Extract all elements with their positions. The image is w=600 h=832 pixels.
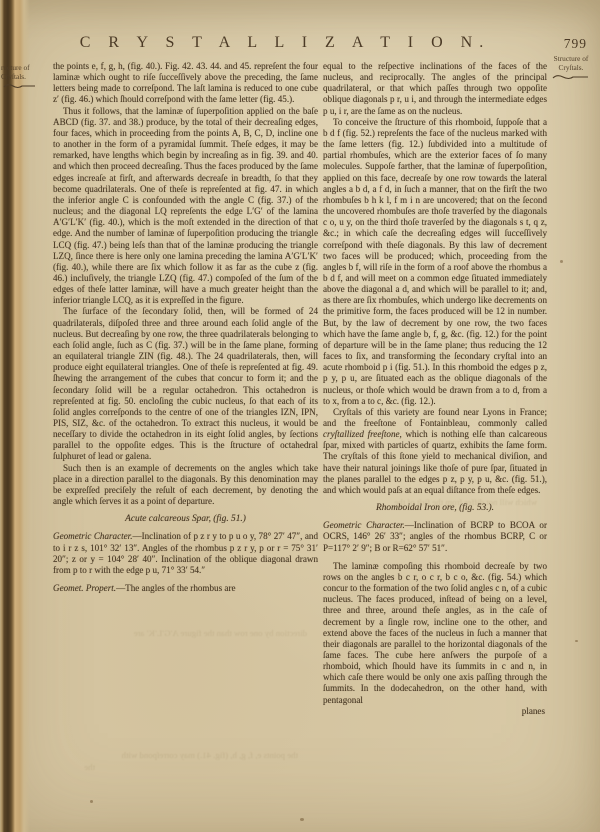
paragraph: Geometric Character.—Inclination of BCRP… <box>323 520 547 553</box>
paragraph-italic-phrase: cryſtallized freeſtone, <box>323 429 402 439</box>
right-column: equal to the reſpective inclinations of … <box>323 61 547 717</box>
paragraph: Such then is an example of decrements on… <box>53 463 318 508</box>
bleed-through-text: direction by one row than the figure A′G… <box>57 628 307 638</box>
paper-speck <box>540 470 544 472</box>
flourish-icon <box>3 82 37 90</box>
paragraph-text: —The angles of the rhombus are <box>116 583 235 593</box>
left-column: the points e, f, g, h, (fig. 40.). Fig. … <box>53 61 318 594</box>
bleed-through-text: the points e, f, g, h, (fig. 41.) may co… <box>58 750 298 760</box>
section-heading-acute-calcareous-spar: Acute calcareous Spar, (fig. 51.) <box>53 514 318 525</box>
paper-speck <box>300 818 304 821</box>
paper-speck <box>560 260 563 263</box>
paragraph-text: Cryſtals of this variety are found near … <box>323 407 547 428</box>
margin-note-right: Structure of Cryſtals. <box>544 55 598 81</box>
bleed-through-text: the <box>55 762 95 772</box>
margin-note-left-line2: Cryſtals. <box>1 72 26 81</box>
paragraph: Geometric Character.—Inclination of p z … <box>53 531 318 576</box>
flourish-icon <box>552 73 590 81</box>
running-title: C R Y S T A L L I Z A T I O N. <box>0 34 570 52</box>
book-gutter-edge <box>0 0 30 832</box>
paragraph: the points e, f, g, h, (fig. 40.). Fig. … <box>53 61 318 106</box>
bleed-through-text: which will not differ from the firſt of … <box>325 497 537 507</box>
paragraph: The ſurface of the ſecondary ſolid, then… <box>53 306 318 462</box>
scanned-book-page: C R Y S T A L L I Z A T I O N. 799 ructu… <box>0 0 600 832</box>
paragraph: To conceive the ſtructure of this rhombo… <box>323 117 547 407</box>
page-number: 799 <box>564 36 587 52</box>
paragraph-lead-italic: Geometric Character. <box>53 531 132 541</box>
margin-note-left: ructure of Cryſtals. <box>1 64 49 90</box>
paper-speck <box>90 800 93 803</box>
paragraph: The laminæ compoſing this rhomboid decre… <box>323 561 547 706</box>
bleed-through-text: cubes parallel to the diagonal. The lett… <box>325 600 537 610</box>
paper-speck <box>575 640 578 642</box>
paragraph: Thus it follows, that the laminæ of ſupe… <box>53 106 318 307</box>
paragraph: Geomet. Propert.—The angles of the rhomb… <box>53 583 318 594</box>
catchword: planes <box>323 706 547 717</box>
paragraph: Cryſtals of this variety are found near … <box>323 407 547 496</box>
paragraph-lead-italic: Geometric Character. <box>323 520 405 530</box>
paragraph: equal to the reſpective inclinations of … <box>323 61 547 117</box>
paragraph-lead-italic: Geomet. Propert. <box>53 583 116 593</box>
margin-note-right-line2: Cryſtals. <box>559 63 584 72</box>
